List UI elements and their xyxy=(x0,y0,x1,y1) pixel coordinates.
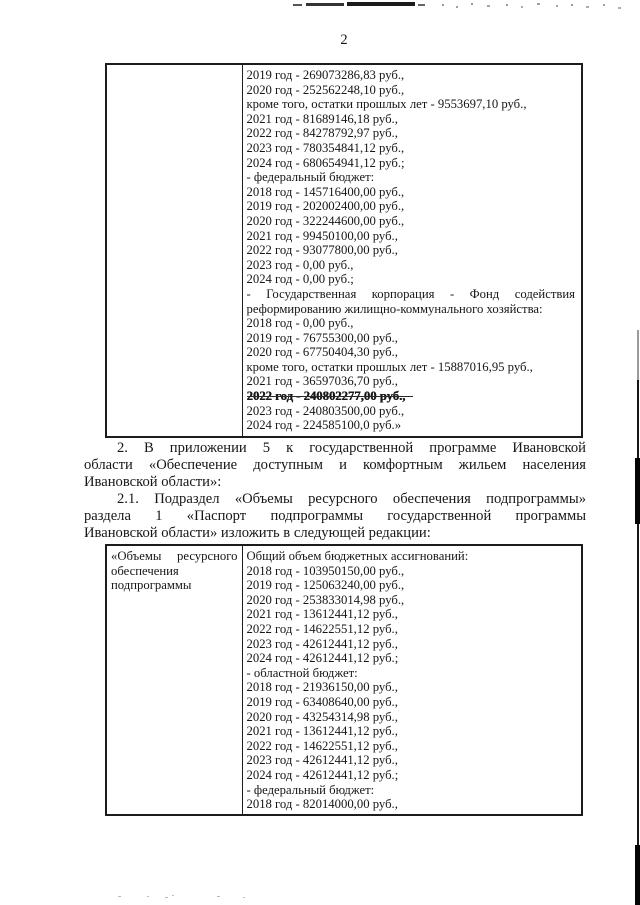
text-line: 2018 год - 21936150,00 руб., xyxy=(247,680,576,695)
text-line: 2023 год - 240803500,00 руб., xyxy=(247,404,576,419)
text-line: 2024 год - 0,00 руб.; xyxy=(247,272,576,287)
text-line: 2022 год - 14622551,12 руб., xyxy=(247,739,576,754)
body-paragraph: 2. В приложении 5 к государственной прог… xyxy=(84,440,586,541)
table1-values-cell: 2019 год - 269073286,83 руб.,2020 год - … xyxy=(243,65,582,436)
text-line: 2020 год - 322244600,00 руб., xyxy=(247,214,576,229)
text-line: Ивановской области»: xyxy=(84,474,586,491)
text-line: 2024 год - 680654941,12 руб.; xyxy=(247,156,576,171)
text-line: 2021 год - 36597036,70 руб., xyxy=(247,374,576,389)
text-line: 2023 год - 42612441,12 руб., xyxy=(247,753,576,768)
text-line: 2021 год - 13612441,12 руб., xyxy=(247,607,576,622)
text-line: 2023 год - 0,00 руб., xyxy=(247,258,576,273)
text-line: 2024 год - 42612441,12 руб.; xyxy=(247,651,576,666)
text-line: 2019 год - 269073286,83 руб., xyxy=(247,68,576,83)
text-line: 2.1. Подраздел «Объемы ресурсного обеспе… xyxy=(84,491,586,508)
budget-table-program: 2019 год - 269073286,83 руб.,2020 год - … xyxy=(105,63,583,438)
text-line: 2021 год - 81689146,18 руб., xyxy=(247,112,576,127)
text-line: 2020 год - 67750404,30 руб., xyxy=(247,345,576,360)
table2-values-cell: Общий объем бюджетных ассигнований:2018 … xyxy=(243,546,582,814)
text-line: 2024 год - 42612441,12 руб.; xyxy=(247,768,576,783)
text-line: кроме того, остатки прошлых лет - 158870… xyxy=(247,360,576,375)
text-line: 2. В приложении 5 к государственной прог… xyxy=(84,440,586,457)
text-line: 2022 год - 84278792,97 руб., xyxy=(247,126,576,141)
text-line: реформированию жилищно-коммунального хоз… xyxy=(247,302,576,317)
text-line: 2024 год - 224585100,0 руб.» xyxy=(247,418,576,433)
text-line: подпрограммы xyxy=(111,578,238,593)
text-line: 2019 год - 202002400,00 руб., xyxy=(247,199,576,214)
text-line: кроме того, остатки прошлых лет - 955369… xyxy=(247,97,576,112)
text-line: «Объемы ресурсного xyxy=(111,549,238,564)
text-line: - федеральный бюджет: xyxy=(247,170,576,185)
text-line: 2023 год - 42612441,12 руб., xyxy=(247,637,576,652)
table2-label-cell: «Объемы ресурсногообеспеченияподпрограмм… xyxy=(107,546,243,814)
text-line: 2023 год - 780354841,12 руб., xyxy=(247,141,576,156)
text-line: 2020 год - 253833014,98 руб., xyxy=(247,593,576,608)
text-line: 2018 год - 103950150,00 руб., xyxy=(247,564,576,579)
text-line: 2019 год - 76755300,00 руб., xyxy=(247,331,576,346)
budget-table-subprogram: «Объемы ресурсногообеспеченияподпрограмм… xyxy=(105,544,583,816)
document-page: 2 2019 год - 269073286,83 руб.,2020 год … xyxy=(0,0,640,905)
text-line: 2020 год - 252562248,10 руб., xyxy=(247,83,576,98)
page-number: 2 xyxy=(105,32,583,49)
text-line: обеспечения xyxy=(111,564,238,579)
text-line: раздела 1 «Паспорт подпрограммы государс… xyxy=(84,508,586,525)
text-line: 2021 год - 13612441,12 руб., xyxy=(247,724,576,739)
text-line: 2022 год - 240802277,00 руб., xyxy=(247,389,576,404)
text-line: 2020 год - 43254314,98 руб., xyxy=(247,710,576,725)
text-line: 2022 год - 14622551,12 руб., xyxy=(247,622,576,637)
text-line: 2022 год - 93077800,00 руб., xyxy=(247,243,576,258)
text-line: 2018 год - 82014000,00 руб., xyxy=(247,797,576,812)
text-line: области «Обеспечение доступным и комфорт… xyxy=(84,457,586,474)
text-line: 2019 год - 125063240,00 руб., xyxy=(247,578,576,593)
text-line: - областной бюджет: xyxy=(247,666,576,681)
text-line: - федеральный бюджет: xyxy=(247,783,576,798)
text-line: Ивановской области» изложить в следующей… xyxy=(84,525,586,542)
text-line: - Государственная корпорация - Фонд соде… xyxy=(247,287,576,302)
text-line: 2018 год - 145716400,00 руб., xyxy=(247,185,576,200)
text-line: Общий объем бюджетных ассигнований: xyxy=(247,549,576,564)
table1-label-cell xyxy=(107,65,243,436)
text-line: 2018 год - 0,00 руб., xyxy=(247,316,576,331)
text-line: 2021 год - 99450100,00 руб., xyxy=(247,229,576,244)
text-line: 2019 год - 63408640,00 руб., xyxy=(247,695,576,710)
